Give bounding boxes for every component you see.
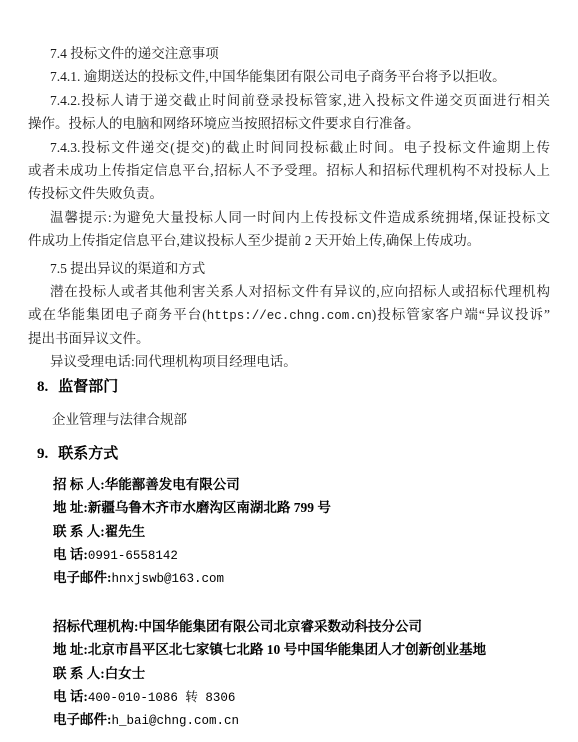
platform-url: https://ec.chng.com.cn — [207, 309, 372, 323]
field-value: 北京市昌平区北七家镇七北路 10 号中国华能集团人才创新创业基地 — [88, 642, 486, 657]
section-8-heading: 8.监督部门 — [37, 375, 550, 399]
subsection-7-4-title: 7.4 投标文件的递交注意事项 — [28, 42, 550, 65]
tenderer-contact-person-row: 联 系 人:翟先生 — [28, 520, 550, 543]
field-value: 白女士 — [105, 666, 146, 681]
field-value: hnxjswb@163.com — [112, 572, 225, 586]
field-value: 华能鄯善发电有限公司 — [105, 477, 240, 492]
clause-7-4-3-line-2: 或者未成功上传指定信息平台,招标人不予受理。招标人和招标代理机构不对投标人上 — [28, 159, 550, 182]
clause-7-4-3-line-3: 传投标文件失败负责。 — [28, 182, 550, 205]
agency-contact-block: 招标代理机构:中国华能集团有限公司北京睿采数动科技分公司 地 址:北京市昌平区北… — [28, 615, 550, 732]
tenderer-address-row: 地 址:新疆乌鲁木齐市水磨沟区南湖北路 799 号 — [28, 496, 550, 519]
tenderer-name-row: 招 标 人:华能鄯善发电有限公司 — [28, 473, 550, 496]
objection-paragraph-line-3: 提出书面异议文件。 — [28, 327, 550, 350]
section-9-title: 联系方式 — [58, 446, 118, 462]
tip-paragraph-line-2: 件成功上传指定信息平台,建议投标人至少提前 2 天开始上传,确保上传成功。 — [28, 229, 550, 252]
field-value: 0991-6558142 — [88, 549, 178, 563]
field-value: 新疆乌鲁木齐市水磨沟区南湖北路 799 号 — [88, 500, 331, 515]
tenderer-contact-block: 招 标 人:华能鄯善发电有限公司 地 址:新疆乌鲁木齐市水磨沟区南湖北路 799… — [28, 473, 550, 590]
clause-7-4-2-line-2: 操作。投标人的电脑和网络环境应当按照招标文件要求自行准备。 — [28, 112, 550, 135]
objection-phone-line: 异议受理电话:同代理机构项目经理电话。 — [28, 350, 550, 373]
field-label: 电子邮件: — [53, 570, 112, 585]
agency-email-row: 电子邮件:h_bai@chng.com.cn — [28, 708, 550, 731]
field-label: 招 标 人: — [53, 477, 105, 492]
subsection-7-5-title: 7.5 提出异议的渠道和方式 — [28, 257, 550, 280]
field-value: 翟先生 — [105, 524, 146, 539]
clause-7-4-1: 7.4.1. 逾期送达的投标文件,中国华能集团有限公司电子商务平台将予以拒收。 — [28, 65, 550, 88]
agency-name-row: 招标代理机构:中国华能集团有限公司北京睿采数动科技分公司 — [28, 615, 550, 638]
tenderer-email-row: 电子邮件:hnxjswb@163.com — [28, 566, 550, 589]
field-value: h_bai@chng.com.cn — [112, 714, 240, 728]
objection-paragraph-line-1: 潜在投标人或者其他利害关系人对招标文件有异议的,应向招标人或招标代理机构 — [28, 280, 550, 303]
field-label: 招标代理机构: — [53, 619, 139, 634]
section-9-number: 9. — [37, 442, 48, 466]
field-value: 400-010-1086 转 8306 — [88, 691, 236, 705]
document-page: 7.4 投标文件的递交注意事项 7.4.1. 逾期送达的投标文件,中国华能集团有… — [0, 0, 578, 742]
field-label: 电 话: — [53, 689, 88, 704]
field-label: 地 址: — [53, 500, 88, 515]
objection-text-pre: 或在华能集团电子商务平台( — [28, 307, 207, 322]
tenderer-phone-row: 电 话:0991-6558142 — [28, 543, 550, 566]
section-9-heading: 9.联系方式 — [37, 442, 550, 466]
agency-contact-person-row: 联 系 人:白女士 — [28, 662, 550, 685]
field-label: 联 系 人: — [53, 666, 105, 681]
field-label: 联 系 人: — [53, 524, 105, 539]
objection-text-post: )投标管家客户端“异议投诉” — [372, 307, 550, 322]
clause-7-4-2-line-1: 7.4.2.投标人请于递交截止时间前登录投标管家,进入投标文件递交页面进行相关 — [28, 89, 550, 112]
field-label: 地 址: — [53, 642, 88, 657]
field-label: 电子邮件: — [53, 712, 112, 727]
objection-paragraph-line-2: 或在华能集团电子商务平台(https://ec.chng.com.cn)投标管家… — [28, 303, 550, 326]
section-8-number: 8. — [37, 375, 48, 399]
agency-phone-row: 电 话:400-010-1086 转 8306 — [28, 685, 550, 708]
section-8-title: 监督部门 — [58, 379, 118, 395]
agency-address-row: 地 址:北京市昌平区北七家镇七北路 10 号中国华能集团人才创新创业基地 — [28, 638, 550, 661]
supervision-department-line: 企业管理与法律合规部 — [28, 408, 550, 431]
field-label: 电 话: — [53, 547, 88, 562]
clause-7-4-3-line-1: 7.4.3.投标文件递交(提交)的截止时间同投标截止时间。电子投标文件逾期上传 — [28, 136, 550, 159]
tip-paragraph-line-1: 温馨提示:为避免大量投标人同一时间内上传投标文件造成系统拥堵,保证投标文 — [28, 206, 550, 229]
field-value: 中国华能集团有限公司北京睿采数动科技分公司 — [139, 619, 423, 634]
